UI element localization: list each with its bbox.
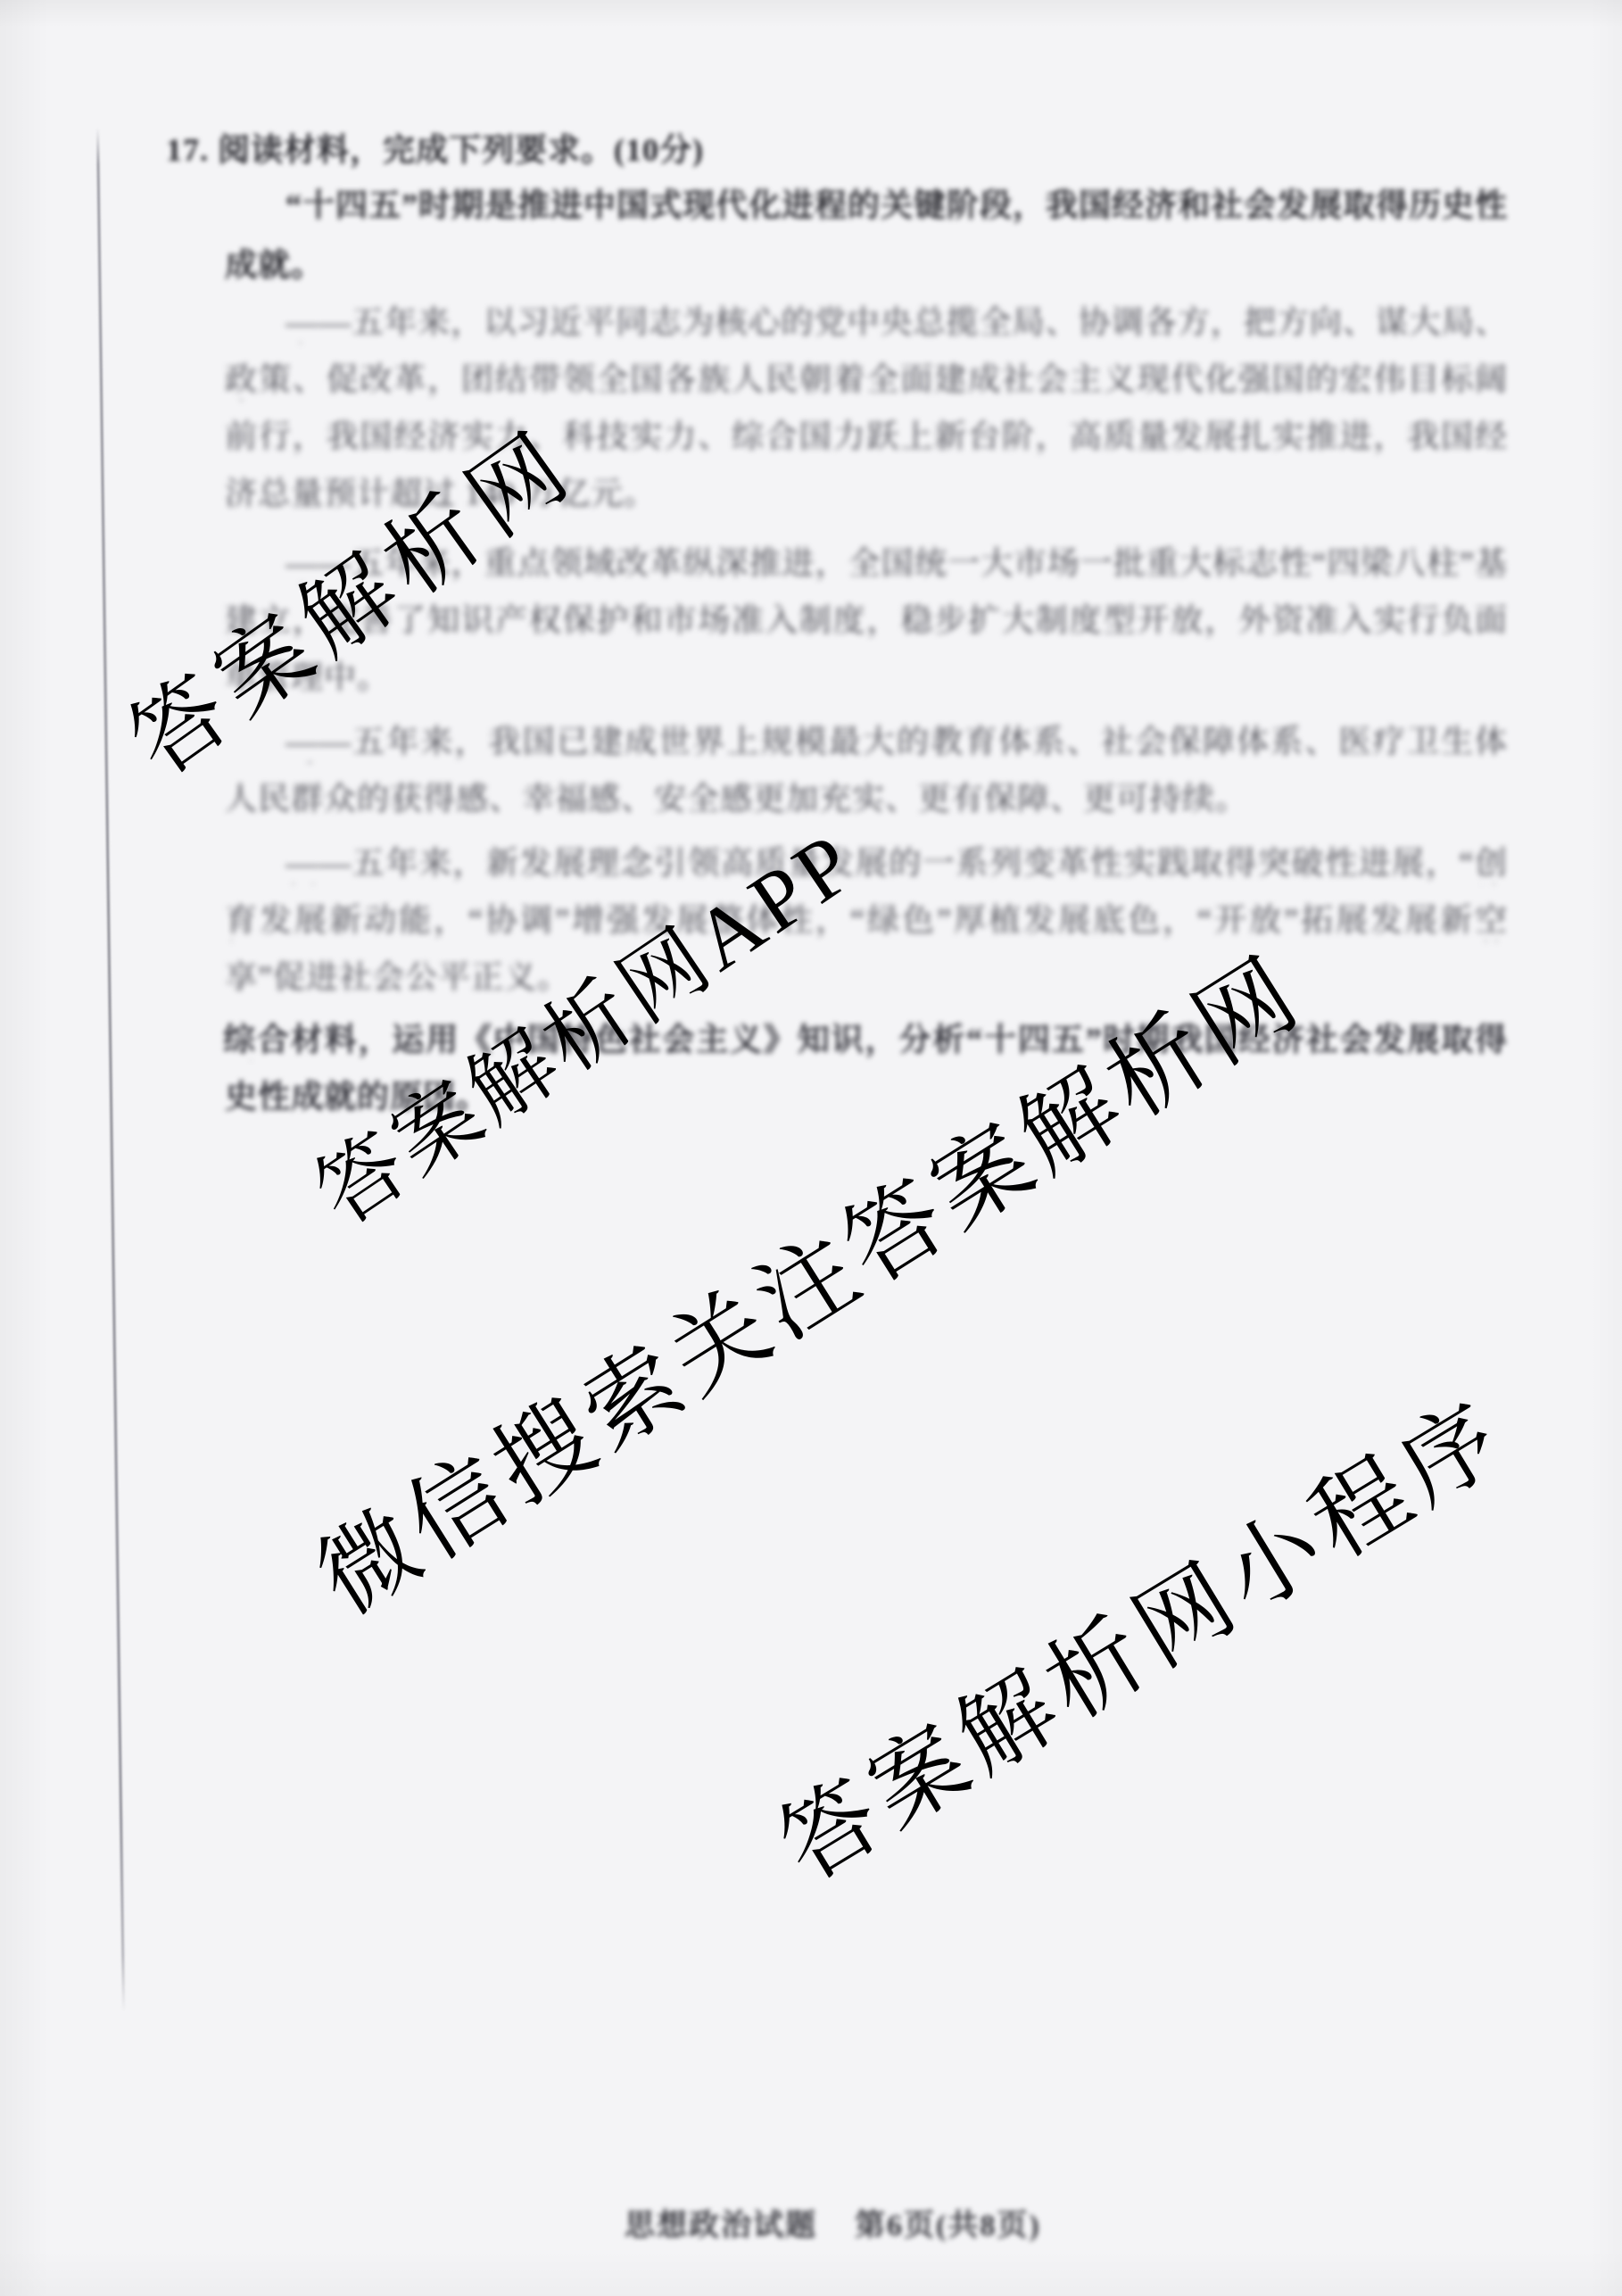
text-line: ——五年来，我国已建成世界上规模最大的教育体系、社会保障体系、医疗卫生体系， bbox=[286, 724, 1508, 763]
text-line: 前行，我国经济实力、科技实力、综合国力跃上新台阶，高质量发展扎实推进，我国经 bbox=[225, 419, 1508, 458]
text-line: 人民群众的获得感、幸福感、安全感更加充实、更有保障、更可持续。 bbox=[225, 781, 1248, 817]
text-line: ——五年来，以习近平同志为核心的党中央总揽全局、协调各方，把方向、谋大局、定 bbox=[286, 304, 1508, 344]
text-line: 育发展新动能，“协调”增强发展整体性，“绿色”厚植发展底色，“开放”拓展发展新空… bbox=[225, 902, 1508, 941]
text-line: 成就。 bbox=[225, 247, 324, 284]
text-line: 政策、促改革，团结带领全国各族人民朝着全面建成社会主义现代化强国的宏伟目标阔步 bbox=[225, 361, 1508, 401]
text-line: ——五年来，新发展理念引领高质量发展的一系列变革性实践取得突破性进展，“创新”培 bbox=[286, 845, 1508, 884]
footer-page-number: 第6页(共8页) bbox=[855, 2209, 1041, 2242]
text-line: 17. 阅读材料，完成下列要求。(10分) bbox=[166, 132, 704, 169]
scanned-exam-page: { "colors": { "paper": "#f4f4f6", "ink_s… bbox=[0, 0, 1622, 2296]
scan-edge-shading bbox=[0, 0, 1622, 2296]
page-footer: 思想政治试题第6页(共8页) bbox=[625, 2201, 1041, 2244]
binding-line bbox=[96, 128, 125, 2012]
footer-subject-title: 思想政治试题 bbox=[625, 2209, 817, 2242]
watermark-text: 答案解析网小程序 bbox=[765, 1386, 1522, 1897]
text-line: “十四五”时期是推进中国式现代化进程的关键阶段，我国经济和社会发展取得历史性 bbox=[286, 187, 1508, 227]
text-line: 享”促进社会公平正义。 bbox=[225, 959, 570, 996]
